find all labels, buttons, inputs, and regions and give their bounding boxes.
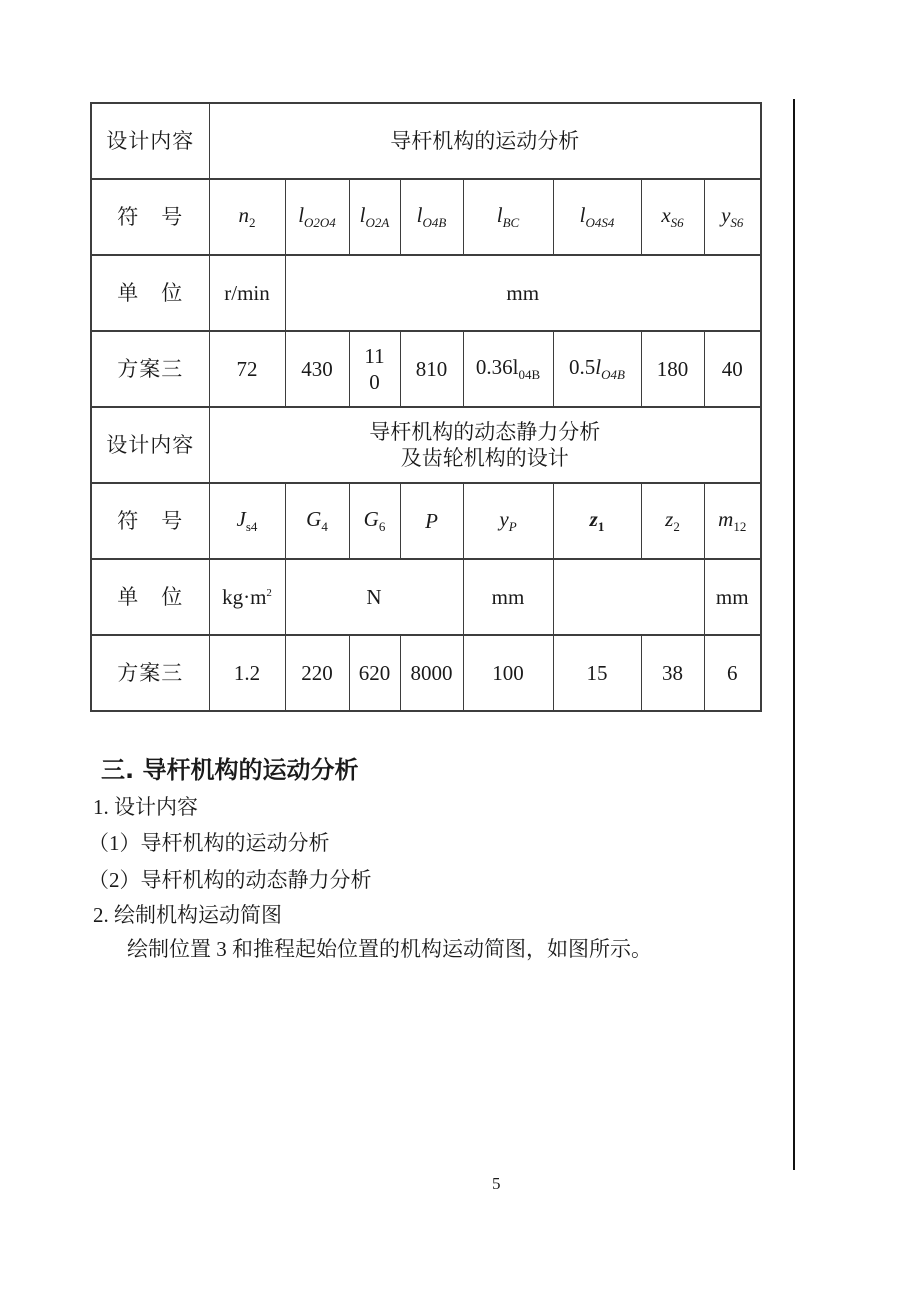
symbol-cell: m12 [704, 483, 761, 559]
table-row-design-2: 设计内容 导杆机构的动态静力分析 及齿轮机构的设计 [91, 407, 761, 483]
symbol-cell: G4 [285, 483, 349, 559]
value-cell: 810 [400, 331, 463, 407]
symbol-cell: P [400, 483, 463, 559]
symbol-cell: lO2A [349, 179, 400, 255]
symbol-cell: G6 [349, 483, 400, 559]
design-parameters-table-wrap: 设计内容 导杆机构的运动分析 符 号 n2 lO2O4 lO2A lO4B lB… [90, 102, 762, 712]
list-subitem-1: （1）导杆机构的运动分析 [88, 827, 330, 857]
section-heading: 三. 导杆机构的运动分析 [101, 750, 358, 785]
table-row-symbols-2: 符 号 Js4 G4 G6 P yP z1 z2 m12 [91, 483, 761, 559]
list-subitem-2: （2）导杆机构的动态静力分析 [88, 864, 372, 894]
symbol-cell: yS6 [704, 179, 761, 255]
value-cell: 180 [641, 331, 704, 407]
value-cell: 8000 [400, 635, 463, 711]
value-cell: 72 [209, 331, 285, 407]
symbol-cell: z1 [553, 483, 641, 559]
table-row-units-1: 单 位 r/min mm [91, 255, 761, 331]
symbol-cell: z2 [641, 483, 704, 559]
symbol-cell: lO4S4 [553, 179, 641, 255]
list-item-2: 2. 绘制机构运动简图 [93, 899, 282, 929]
value-cell: 220 [285, 635, 349, 711]
symbol-cell: lO2O4 [285, 179, 349, 255]
row-label-design-content: 设计内容 [91, 103, 209, 179]
design-content-1: 导杆机构的运动分析 [209, 103, 761, 179]
unit-cell: mm [704, 559, 761, 635]
value-cell: 430 [285, 331, 349, 407]
value-cell: 110 [349, 331, 400, 407]
unit-cell: r/min [209, 255, 285, 331]
value-cell: 100 [463, 635, 553, 711]
value-cell: 0.5lO4B [553, 331, 641, 407]
value-cell: 1.2 [209, 635, 285, 711]
table-row-values-1: 方案三 72 430 110 810 0.36l04B 0.5lO4B 180 … [91, 331, 761, 407]
document-page: 设计内容 导杆机构的运动分析 符 号 n2 lO2O4 lO2A lO4B lB… [0, 0, 920, 1300]
design-content-2-line2: 及齿轮机构的设计 [212, 445, 759, 471]
row-label-design-content: 设计内容 [91, 407, 209, 483]
symbol-cell: Js4 [209, 483, 285, 559]
symbol-cell: xS6 [641, 179, 704, 255]
table-row-units-2: 单 位 kg·m2 N mm mm [91, 559, 761, 635]
design-parameters-table: 设计内容 导杆机构的运动分析 符 号 n2 lO2O4 lO2A lO4B lB… [90, 102, 762, 712]
unit-cell-empty [553, 559, 704, 635]
table-row-symbols-1: 符 号 n2 lO2O4 lO2A lO4B lBC lO4S4 xS6 yS6 [91, 179, 761, 255]
paragraph: 绘制位置 3 和推程起始位置的机构运动简图，如图所示。 [127, 933, 652, 963]
row-label-scheme: 方案三 [91, 635, 209, 711]
table-row-design-1: 设计内容 导杆机构的运动分析 [91, 103, 761, 179]
unit-cell: mm [463, 559, 553, 635]
unit-cell: kg·m2 [209, 559, 285, 635]
list-item-1: 1. 设计内容 [93, 791, 198, 821]
row-label-unit: 单 位 [91, 559, 209, 635]
value-cell: 38 [641, 635, 704, 711]
page-number: 5 [492, 1174, 501, 1194]
symbol-cell: yP [463, 483, 553, 559]
symbol-cell: lO4B [400, 179, 463, 255]
value-cell: 40 [704, 331, 761, 407]
symbol-cell: lBC [463, 179, 553, 255]
value-cell: 0.36l04B [463, 331, 553, 407]
row-label-symbol: 符 号 [91, 179, 209, 255]
value-cell: 15 [553, 635, 641, 711]
unit-cell: N [285, 559, 463, 635]
row-label-scheme: 方案三 [91, 331, 209, 407]
value-cell: 6 [704, 635, 761, 711]
symbol-cell: n2 [209, 179, 285, 255]
right-margin-rule [793, 99, 795, 1170]
unit-cell: mm [285, 255, 761, 331]
design-content-2-line1: 导杆机构的动态静力分析 [212, 419, 759, 445]
value-cell: 620 [349, 635, 400, 711]
row-label-symbol: 符 号 [91, 483, 209, 559]
table-row-values-2: 方案三 1.2 220 620 8000 100 15 38 6 [91, 635, 761, 711]
row-label-unit: 单 位 [91, 255, 209, 331]
design-content-2: 导杆机构的动态静力分析 及齿轮机构的设计 [209, 407, 761, 483]
